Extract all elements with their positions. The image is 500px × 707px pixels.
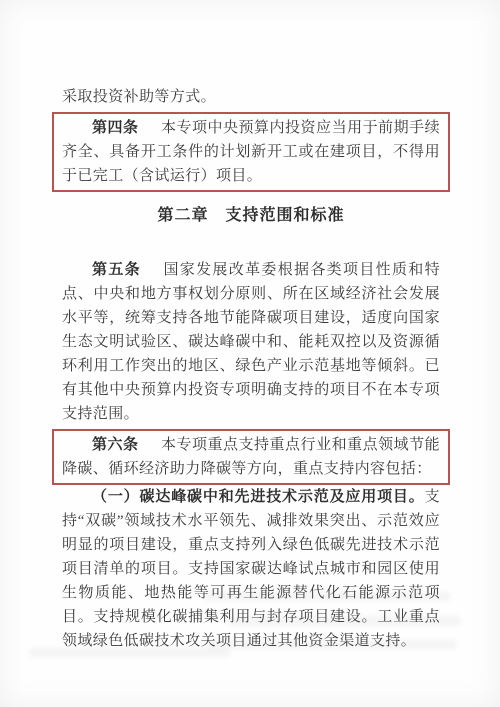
- article-5-text: 国家发展改革委根据各类项目性质和特点、中央和地方事权划分原则、所在区域经济社会发…: [62, 262, 440, 422]
- item-1-label: （一）碳达峰碳中和先进技术示范及应用项目。: [92, 489, 425, 505]
- article-4-label: 第四条: [92, 120, 139, 136]
- highlight-box-article-6: 第六条本专项重点支持重点行业和重点领域节能降碳、循环经济助力降碳等方向，重点支持…: [52, 429, 450, 485]
- chapter-2-heading: 第二章 支持范围和标准: [62, 204, 440, 228]
- paragraph-article-5: 第五条国家发展改革委根据各类项目性质和特点、中央和地方事权划分原则、所在区域经济…: [62, 258, 440, 426]
- highlight-box-article-4: 第四条本专项中央预算内投资应当用于前期手续齐全、具备开工条件的计划新开工或在建项…: [52, 112, 450, 192]
- paragraph-intro-continuation: 采取投资补助等方式。: [62, 85, 440, 109]
- scanned-document-page: 采取投资补助等方式。 第四条本专项中央预算内投资应当用于前期手续齐全、具备开工条…: [0, 0, 500, 707]
- paragraph-item-1: （一）碳达峰碳中和先进技术示范及应用项目。支持“双碳”领域技术水平领先、减排效果…: [62, 485, 440, 653]
- document-content: 采取投资补助等方式。 第四条本专项中央预算内投资应当用于前期手续齐全、具备开工条…: [62, 85, 440, 653]
- article-5-label: 第五条: [92, 262, 141, 278]
- paragraph-article-6: 第六条本专项重点支持重点行业和重点领域节能降碳、循环经济助力降碳等方向，重点支持…: [62, 433, 440, 481]
- intro-line-text: 采取投资补助等方式。: [62, 89, 216, 105]
- paragraph-article-4: 第四条本专项中央预算内投资应当用于前期手续齐全、具备开工条件的计划新开工或在建项…: [62, 116, 440, 188]
- item-1-text: 支持“双碳”领域技术水平领先、减排效果突出、示范效应明显的项目建设，重点支持列入…: [62, 489, 440, 649]
- article-6-label: 第六条: [92, 437, 139, 453]
